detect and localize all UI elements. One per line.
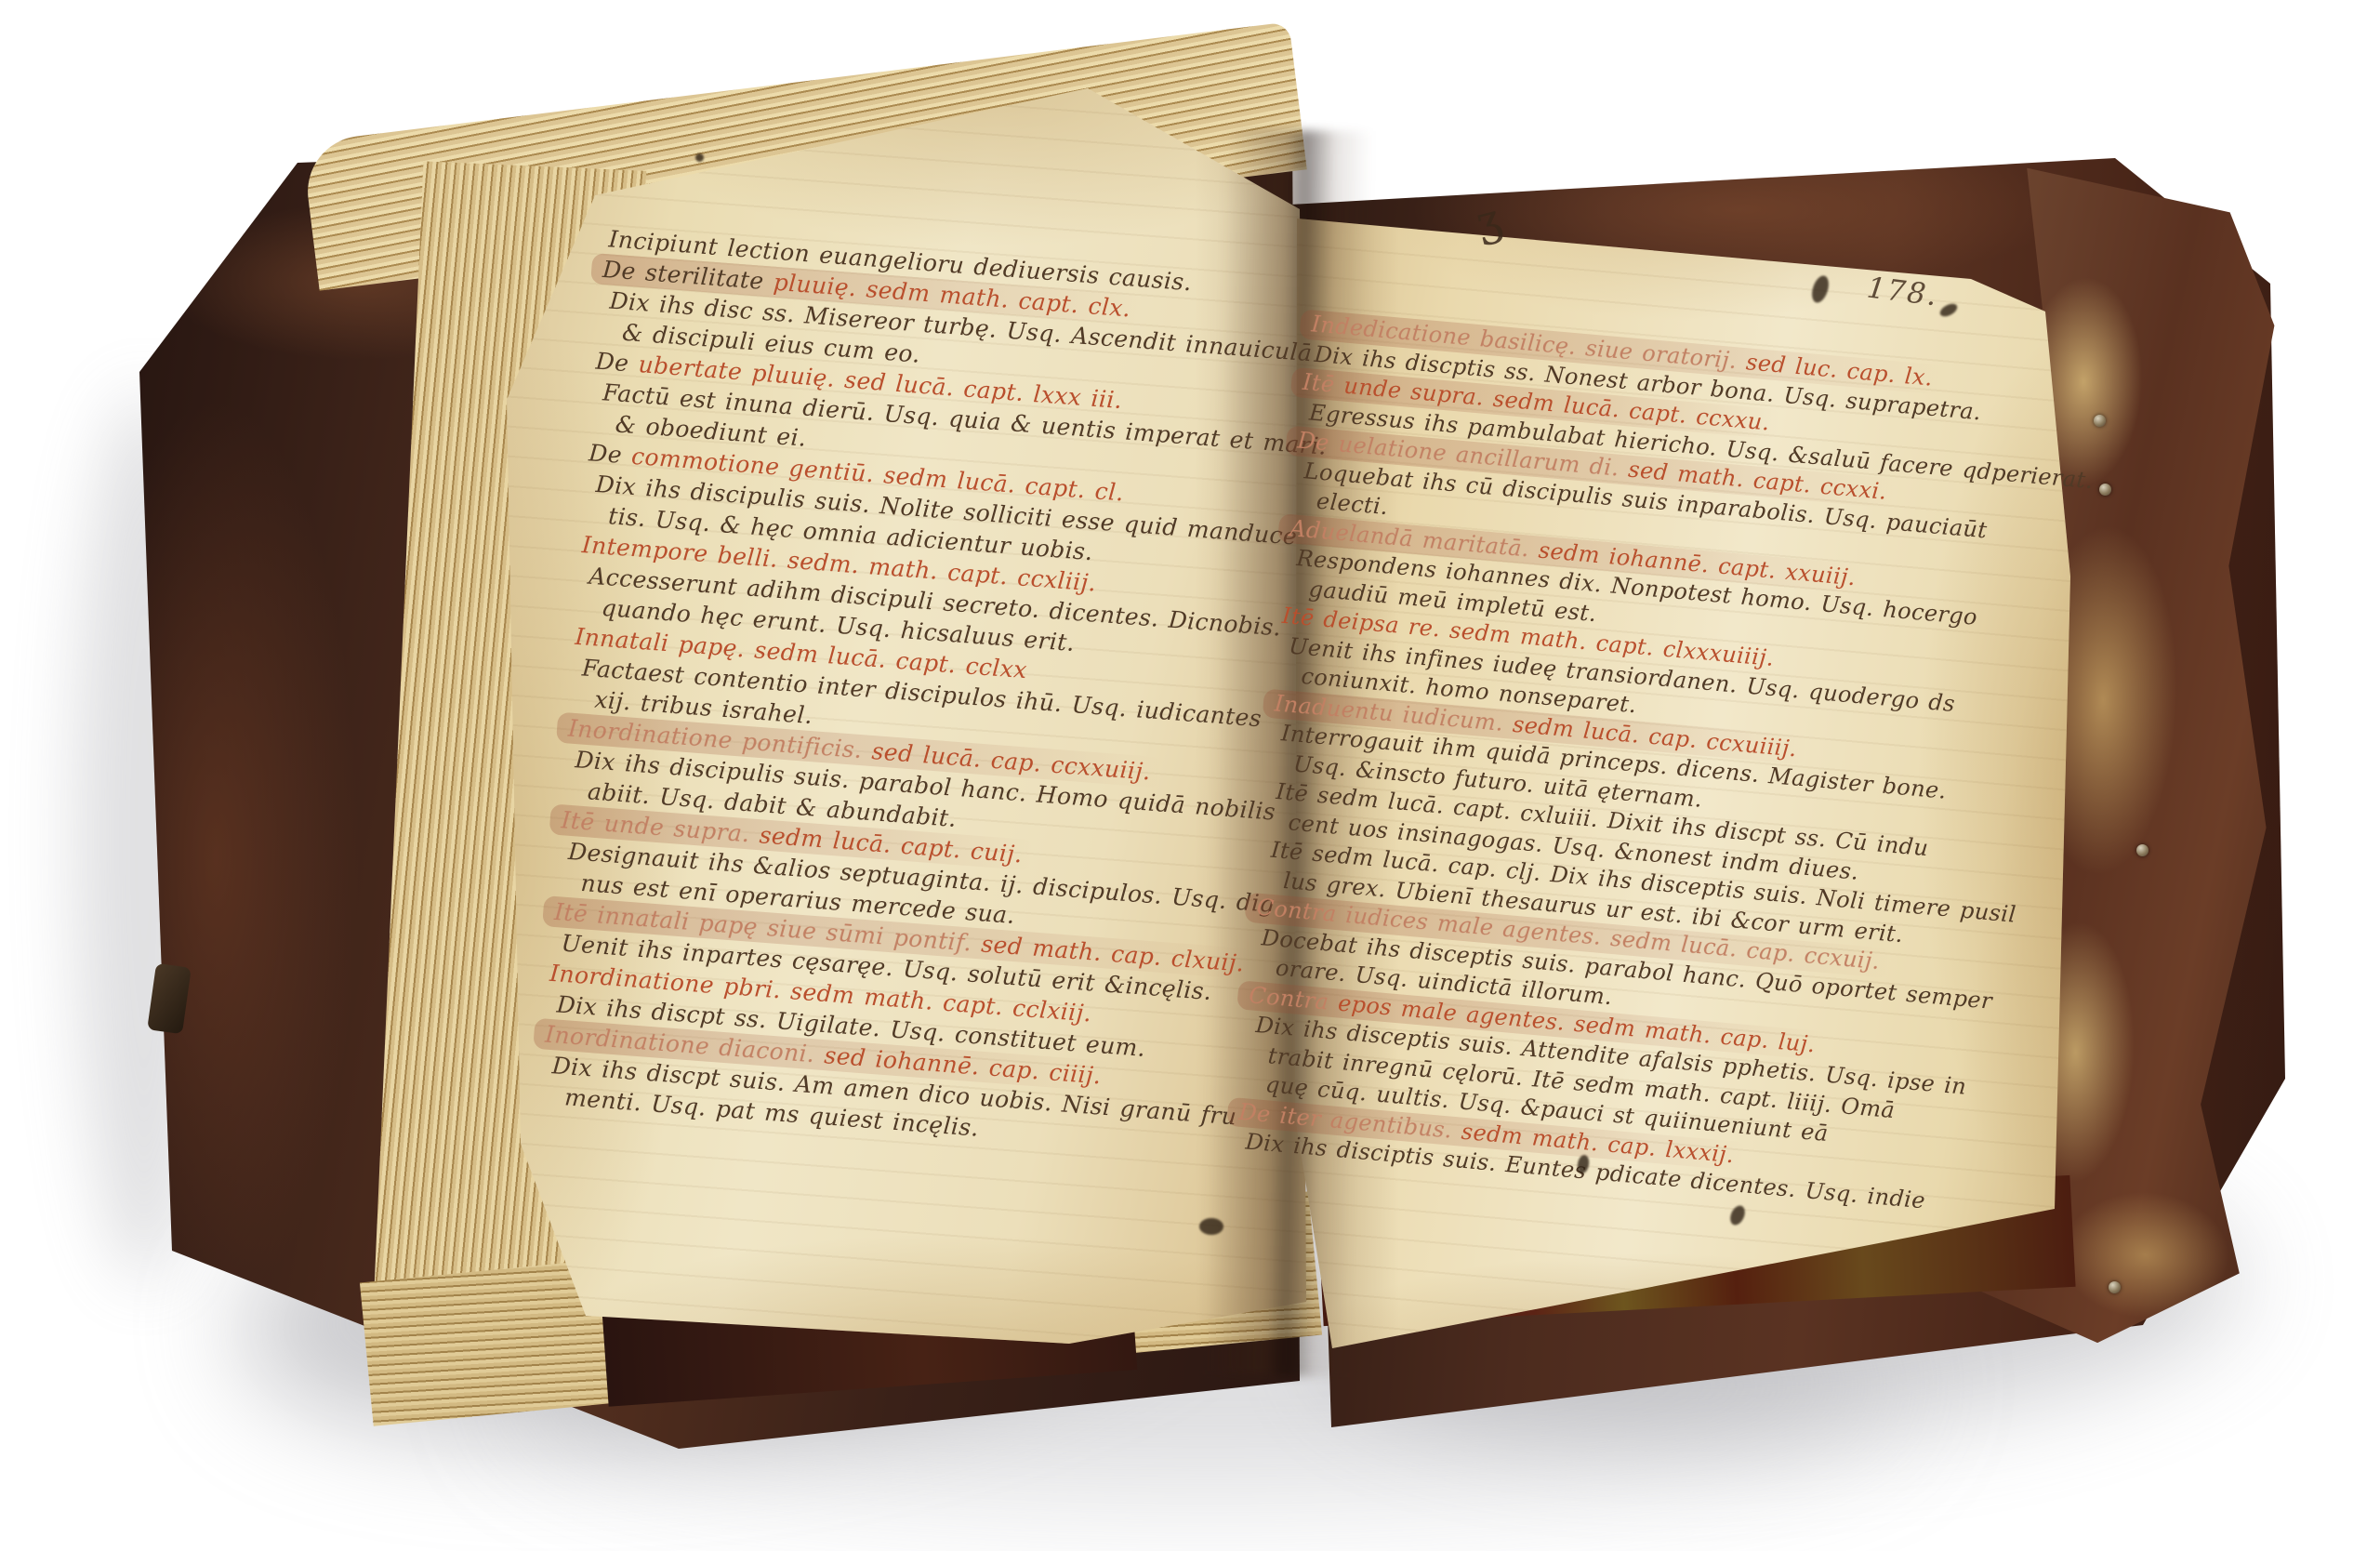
nail-stud bbox=[2094, 415, 2106, 427]
nail-stud bbox=[2136, 844, 2149, 856]
text-run: De bbox=[588, 439, 632, 469]
ink-stain bbox=[1199, 1218, 1223, 1235]
text-run: electi. bbox=[1316, 488, 1389, 521]
manuscript-photo: Incipiunt lection euangelioru dediuersis… bbox=[0, 0, 2380, 1551]
text-run: Itē bbox=[1302, 369, 1345, 399]
nail-stud bbox=[2109, 1281, 2121, 1293]
text-run: De bbox=[595, 348, 640, 378]
ink-stain bbox=[695, 153, 704, 162]
nail-stud bbox=[2099, 484, 2111, 496]
